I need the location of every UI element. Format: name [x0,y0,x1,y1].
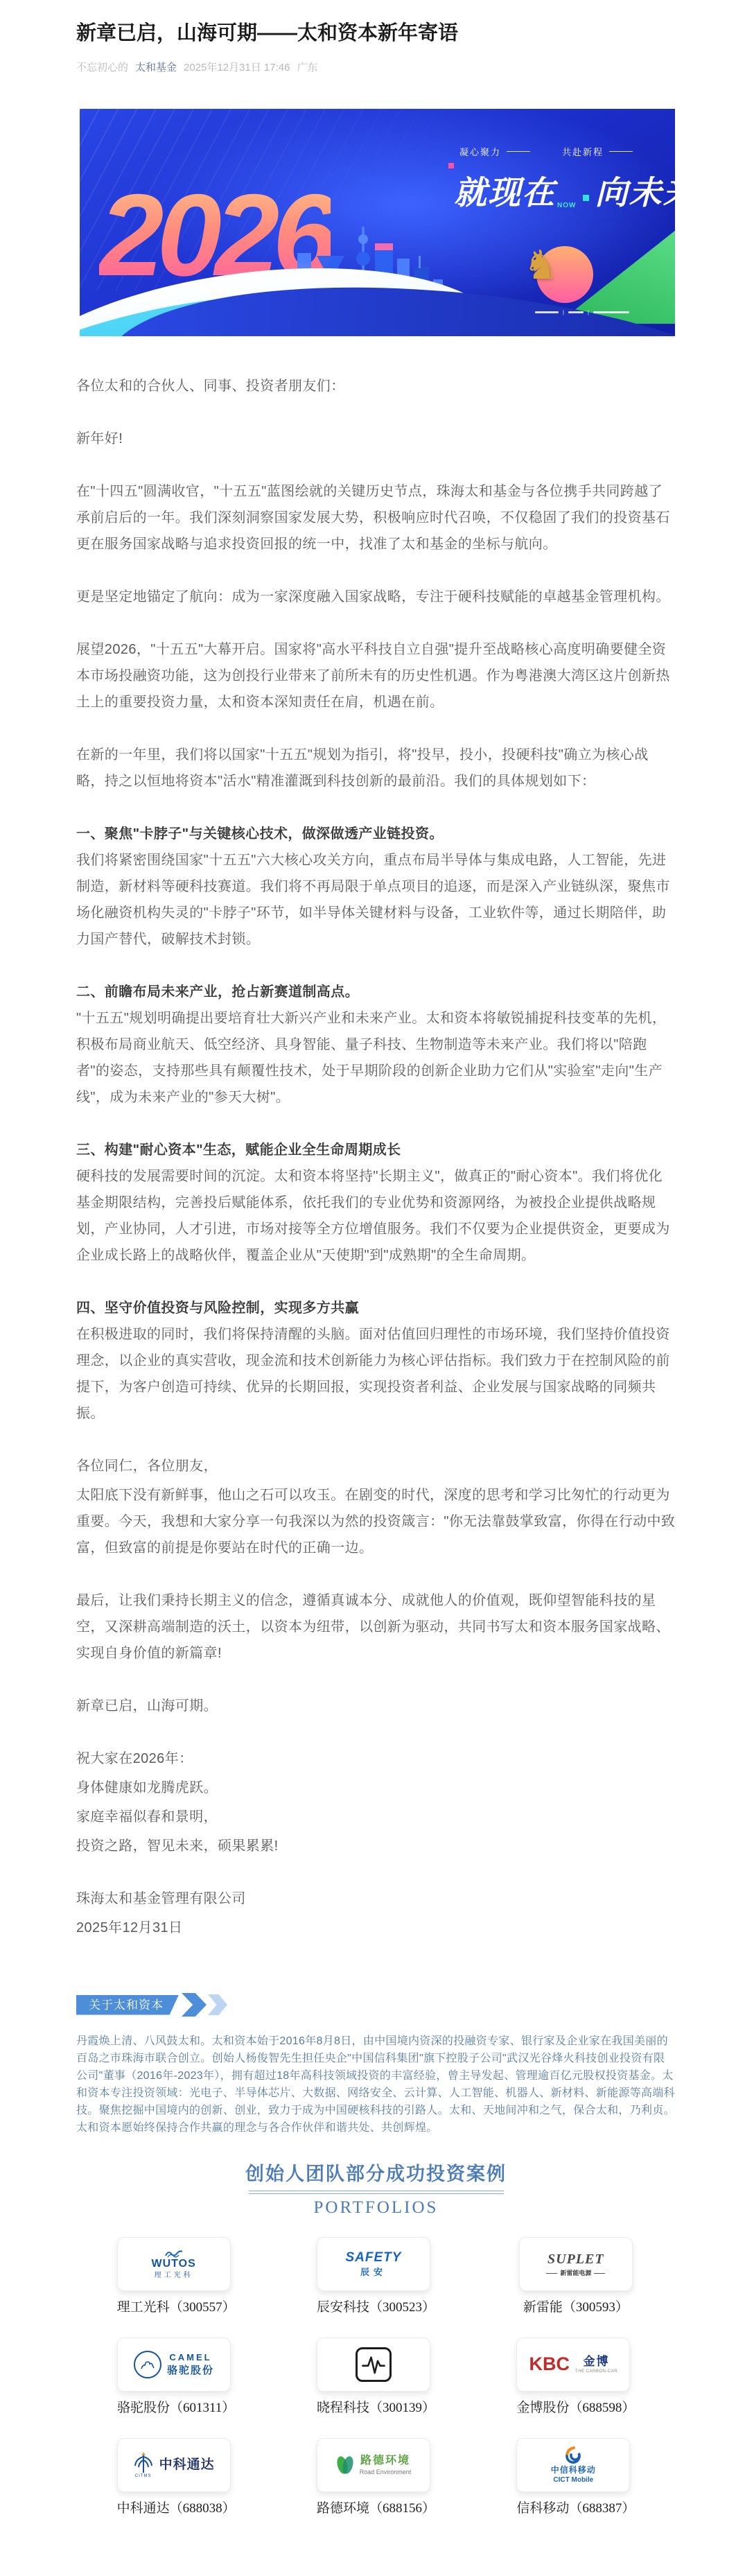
banner-slogans: 凝心聚力 共赴新程 [459,145,633,158]
portfolio-item: 晓程科技（300139） [317,2338,435,2416]
slogan-left: 凝心聚力 [459,145,530,158]
tagline-now-en: NOW [557,202,576,209]
portfolio-caption: 中科通达（688038） [117,2498,236,2516]
blessing-line: 家庭幸福似春和景明， [76,1804,676,1830]
letter-paragraph: 在"十四五"圆满收官，"十五五"蓝图绘就的关键历史节点，珠海太和基金与各位携手共… [76,478,676,557]
lude-logo: 路德环境 Road Environment [317,2438,430,2492]
portfolio-item: 路德环境 Road Environment 路德环境（688156） [317,2438,435,2516]
letter-paragraph: 硬科技的发展需要时间的沉淀。太和资本将坚持"长期主义"，做真正的"耐心资本"。我… [76,1163,676,1269]
portfolio-grid: WUTOS 理工光科 理工光科（300557） SAFETY 辰安 辰安科技（3… [76,2237,676,2516]
publish-datetime: 2025年12月31日 17:46 [184,60,290,74]
about-badge-label: 关于太和资本 [76,1995,179,2015]
citms-logo: CITMS 中科通达 [117,2438,231,2492]
blessing-line: 投资之路，智见未来，硕果累累! [76,1833,676,1859]
author-nickname: 不忘初心的 [76,60,128,74]
about-badge: 关于太和资本 [76,1993,676,2017]
publish-location: 广东 [297,60,317,74]
portfolio-item: SAFETY 辰安 辰安科技（300523） [317,2237,435,2315]
camel-logo: CAMEL 骆驼股份 [117,2338,231,2392]
heartbeat-icon [356,2347,392,2382]
wave-flame-icon [165,2249,183,2258]
section-heading-2: 二、前瞻布局未来产业，抢占新赛道制高点。 [76,979,676,1005]
portfolio-caption: 信科移动（688387） [516,2498,635,2516]
leaves-icon [336,2455,354,2475]
address-line: 各位同仁，各位朋友， [76,1453,676,1479]
portfolio-title: 创始人团队部分成功投资案例 [76,2159,676,2186]
letter-body: 各位太和的合伙人、同事、投资者朋友们： 新年好! 在"十四五"圆满收官，"十五五… [76,373,676,1941]
section-heading-3: 三、构建"耐心资本"生态，赋能企业全生命周期成长 [76,1137,676,1163]
portfolio-item: CITMS 中科通达 中科通达（688038） [117,2438,236,2516]
kbc-logo: KBC 金博 THE CARBON-CAR [516,2338,630,2392]
letter-paragraph: "十五五"规划明确提出要培育壮大新兴产业和未来产业。太和资本将敏锐捕捉科技变革的… [76,1005,676,1111]
portfolio-caption: 新雷能（300593） [519,2297,633,2315]
suplet-logo: SUPLET 新雷能电源 [519,2237,633,2291]
signature-date: 2025年12月31日 [76,1915,676,1941]
portfolio-caption: 理工光科（300557） [117,2297,236,2315]
accent-square-decoration [448,163,454,168]
banner-image[interactable]: 2026 凝心聚力 共赴新程 就现 [80,109,675,336]
portfolio-caption: 金博股份（688598） [516,2397,635,2416]
chevron-right-icon [182,1993,207,2017]
slogan-right: 共赴新程 [562,145,633,158]
portfolio-caption: 路德环境（688156） [317,2498,435,2516]
camel-icon [134,2351,161,2378]
portfolio-caption: 骆驼股份（601311） [117,2397,235,2416]
umbrella-tower-icon [133,2451,154,2473]
letter-paragraph: 更是坚定地锚定了航向：成为一家深度融入国家战略，专注于硬科技赋能的卓越基金管理机… [76,584,676,610]
golden-horse-icon: ♞ [523,245,559,285]
wutos-logo: WUTOS 理工光科 [117,2237,231,2291]
section-heading-4: 四、坚守价值投资与风险控制，实现多方共赢 [76,1295,676,1321]
about-paragraph: 丹霞焕上清、八风鼓太和。太和资本始于2016年8月8日，由中国境内资深的投融资专… [76,2033,676,2136]
section-heading-1: 一、聚焦"卡脖子"与关键核心技术，做深做透产业链投资。 [76,821,676,847]
portfolio-subtitle: PORTFOLIOS [76,2198,676,2218]
safety-logo: SAFETY 辰安 [317,2237,430,2291]
portfolio-item: KBC 金博 THE CARBON-CAR 金博股份（688598） [516,2338,635,2416]
letter-paragraph: 展望2026，"十五五"大幕开启。国家将"高水平科技自立自强"提升至战略核心高度… [76,636,676,715]
byline: 不忘初心的 太和基金 2025年12月31日 17:46 广东 [76,60,676,74]
portfolio-title-underline [249,2191,504,2194]
letter-paragraph: 最后，让我们秉持长期主义的信念，遵循真诚本分、成就他人的价值观，既仰望智能科技的… [76,1587,676,1666]
article-page: 新章已启，山海可期——太和资本新年寄语 不忘初心的 太和基金 2025年12月3… [0,0,745,2576]
account-link[interactable]: 太和基金 [135,60,177,74]
letter-paragraph: 在积极进取的同时，我们将保持清醒的头脑。面对估值回归理性的市场环境，我们坚持价值… [76,1321,676,1427]
tagline-now-cn: 就现在 [454,167,556,214]
chevron-right-icon [208,1994,227,2015]
letter-paragraph: 我们将紧密围绕国家"十五五"六大核心攻关方向，重点布局半导体与集成电路，人工智能… [76,847,676,952]
blessing-line: 祝大家在2026年： [76,1746,676,1772]
swirl-icon [564,2446,582,2464]
letter-paragraph: 太阳底下没有新鲜事，他山之石可以攻玉。在剧变的时代，深度的思考和学习比匆忙的行动… [76,1482,676,1561]
tagline-future-cn: 向未来 [595,167,675,214]
banner-fineprint-decoration: || [535,309,629,315]
signature-company: 珠海太和基金管理有限公司 [76,1886,676,1912]
portfolio-caption: 辰安科技（300523） [317,2297,435,2315]
banner-tagline: 就现在NOW向未来FUTURE [454,167,675,214]
portfolio-item: WUTOS 理工光科 理工光科（300557） [117,2237,236,2315]
blessing-line: 身体健康如龙腾虎跃。 [76,1775,676,1801]
dot-square-icon [583,195,589,201]
portfolio-caption: 晓程科技（300139） [317,2397,435,2416]
article-title: 新章已启，山海可期——太和资本新年寄语 [76,19,676,47]
letter-paragraph: 在新的一年里，我们将以国家"十五五"规划为指引，将"投早，投小，投硬科技"确立为… [76,742,676,794]
greeting: 新年好! [76,426,676,452]
xiaocheng-logo [317,2338,430,2392]
portfolio-item: SUPLET 新雷能电源 新雷能（300593） [519,2237,633,2315]
portfolio-item: CAMEL 骆驼股份 骆驼股份（601311） [117,2338,235,2416]
cict-logo: 中信科移动 CICT Mobile [516,2438,630,2492]
salutation: 各位太和的合伙人、同事、投资者朋友们： [76,373,676,399]
portfolio-item: 中信科移动 CICT Mobile 信科移动（688387） [516,2438,635,2516]
letter-paragraph: 新章已启，山海可期。 [76,1693,676,1719]
